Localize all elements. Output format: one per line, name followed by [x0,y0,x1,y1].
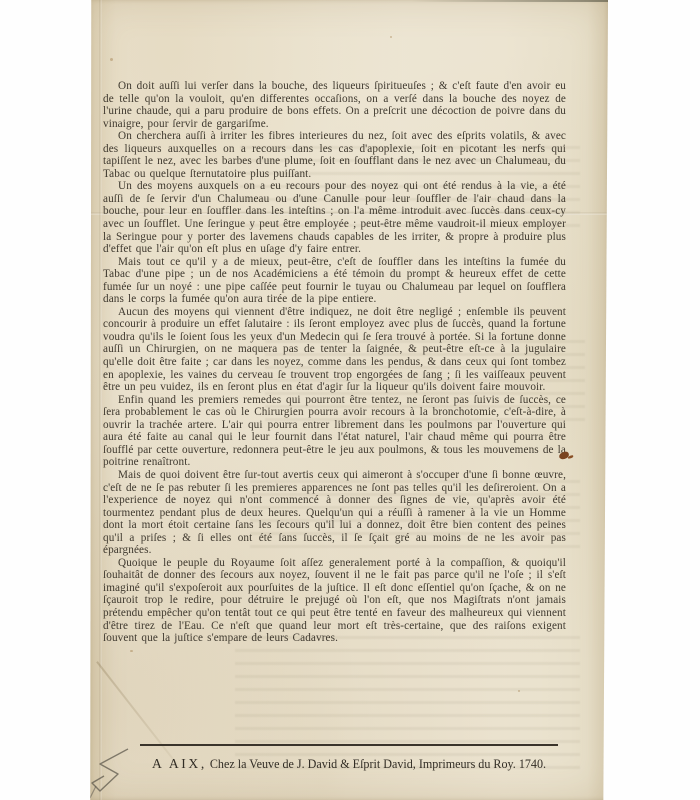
foxing-speck [518,690,520,692]
paragraph-5: Aucun des moyens qui viennent d'être ind… [103,306,566,394]
paper-torn-top-edge [411,0,608,2]
foxing-speck [110,58,113,61]
scanner-background: On doit auſſi lui verſer dans la bouche,… [0,0,700,800]
foxing-speck [390,36,392,38]
imprint-text: Chez la Veuve de J. David & Eſprit David… [207,757,546,771]
paragraph-8: Quoique le peuple du Royaume ſoit aſſez … [103,557,566,645]
vertical-fold-crease [99,0,102,800]
paragraph-6: Enfin quand les premiers remedes qui pou… [103,394,566,469]
imprint-line: A AIX, Chez la Veuve de J. David & Eſpri… [126,756,572,772]
foxing-speck [542,208,544,210]
paragraph-1: On doit auſſi lui verſer dans la bouche,… [103,80,566,130]
paragraph-2: On cherchera auſſi à irriter les fibres … [103,130,566,180]
document-page: On doit auſſi lui verſer dans la bouche,… [90,0,608,800]
paragraph-3: Un des moyens auxquels on a eu recours p… [103,180,566,255]
imprint-divider-rule [140,744,558,746]
foxing-speck [130,650,133,652]
ink-blot-stain [558,451,569,460]
imprint-place: A AIX, [152,756,207,771]
pen-doodle-mark [88,746,136,800]
paragraph-7: Mais de quoi doivent être ſur-tout avert… [103,469,566,557]
body-text: On doit auſſi lui verſer dans la bouche,… [103,80,566,645]
paragraph-4: Mais tout ce qu'il y a de mieux, peut-êt… [103,256,566,306]
